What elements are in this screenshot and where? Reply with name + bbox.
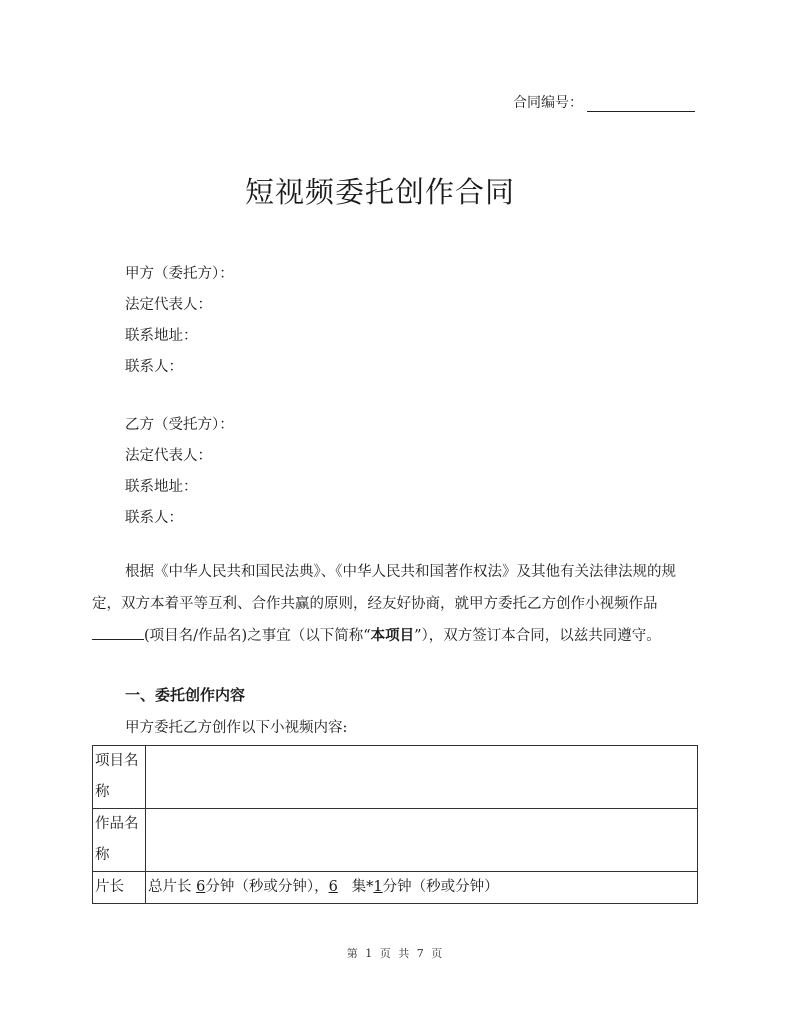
work-name-label: 作品名称 bbox=[93, 809, 146, 872]
page-footer: 第 1 页 共 7 页 bbox=[0, 945, 791, 961]
preamble-paragraph: 根据《中华人民共和国民法典》、《中华人民共和国著作权法》及其他有关法律法规的规定… bbox=[92, 557, 698, 653]
contract-number-blank[interactable] bbox=[587, 97, 695, 112]
party-a-address: 联系地址： bbox=[125, 324, 198, 345]
content-table: 项目名称 作品名称 片长 总片长 6分钟（秒或分钟），6 集*1分钟（秒或分钟） bbox=[92, 745, 698, 904]
table-row: 项目名称 bbox=[93, 746, 698, 809]
table-row: 作品名称 bbox=[93, 809, 698, 872]
contract-number-label: 合同编号： bbox=[513, 95, 583, 111]
per-episode-minutes: 1 bbox=[373, 879, 382, 895]
work-name-cell[interactable] bbox=[146, 809, 698, 872]
episode-count: 6 bbox=[329, 879, 338, 895]
party-b-contact: 联系人： bbox=[125, 506, 183, 527]
party-b-legal-rep: 法定代表人： bbox=[125, 444, 212, 465]
project-name-cell[interactable] bbox=[146, 746, 698, 809]
duration-cell[interactable]: 总片长 6分钟（秒或分钟），6 集*1分钟（秒或分钟） bbox=[146, 872, 698, 904]
table-row: 片长 总片长 6分钟（秒或分钟），6 集*1分钟（秒或分钟） bbox=[93, 872, 698, 904]
project-name-blank[interactable] bbox=[92, 626, 144, 640]
party-b-address: 联系地址： bbox=[125, 475, 198, 496]
party-b-heading: 乙方（受托方）： bbox=[125, 413, 234, 434]
contract-number: 合同编号： bbox=[513, 92, 695, 112]
total-minutes: 6 bbox=[196, 879, 205, 895]
project-name-label: 项目名称 bbox=[93, 746, 146, 809]
duration-label: 片长 bbox=[93, 872, 146, 904]
party-a-heading: 甲方（委托方）： bbox=[125, 262, 234, 283]
party-a-contact: 联系人： bbox=[125, 355, 183, 376]
party-a-legal-rep: 法定代表人： bbox=[125, 293, 212, 314]
defined-term: 本项目 bbox=[371, 627, 415, 644]
section-1-heading: 一、委托创作内容 bbox=[125, 684, 245, 705]
section-1-intro: 甲方委托乙方创作以下小视频内容: bbox=[125, 716, 347, 737]
document-title: 短视频委托创作合同 bbox=[0, 170, 760, 211]
